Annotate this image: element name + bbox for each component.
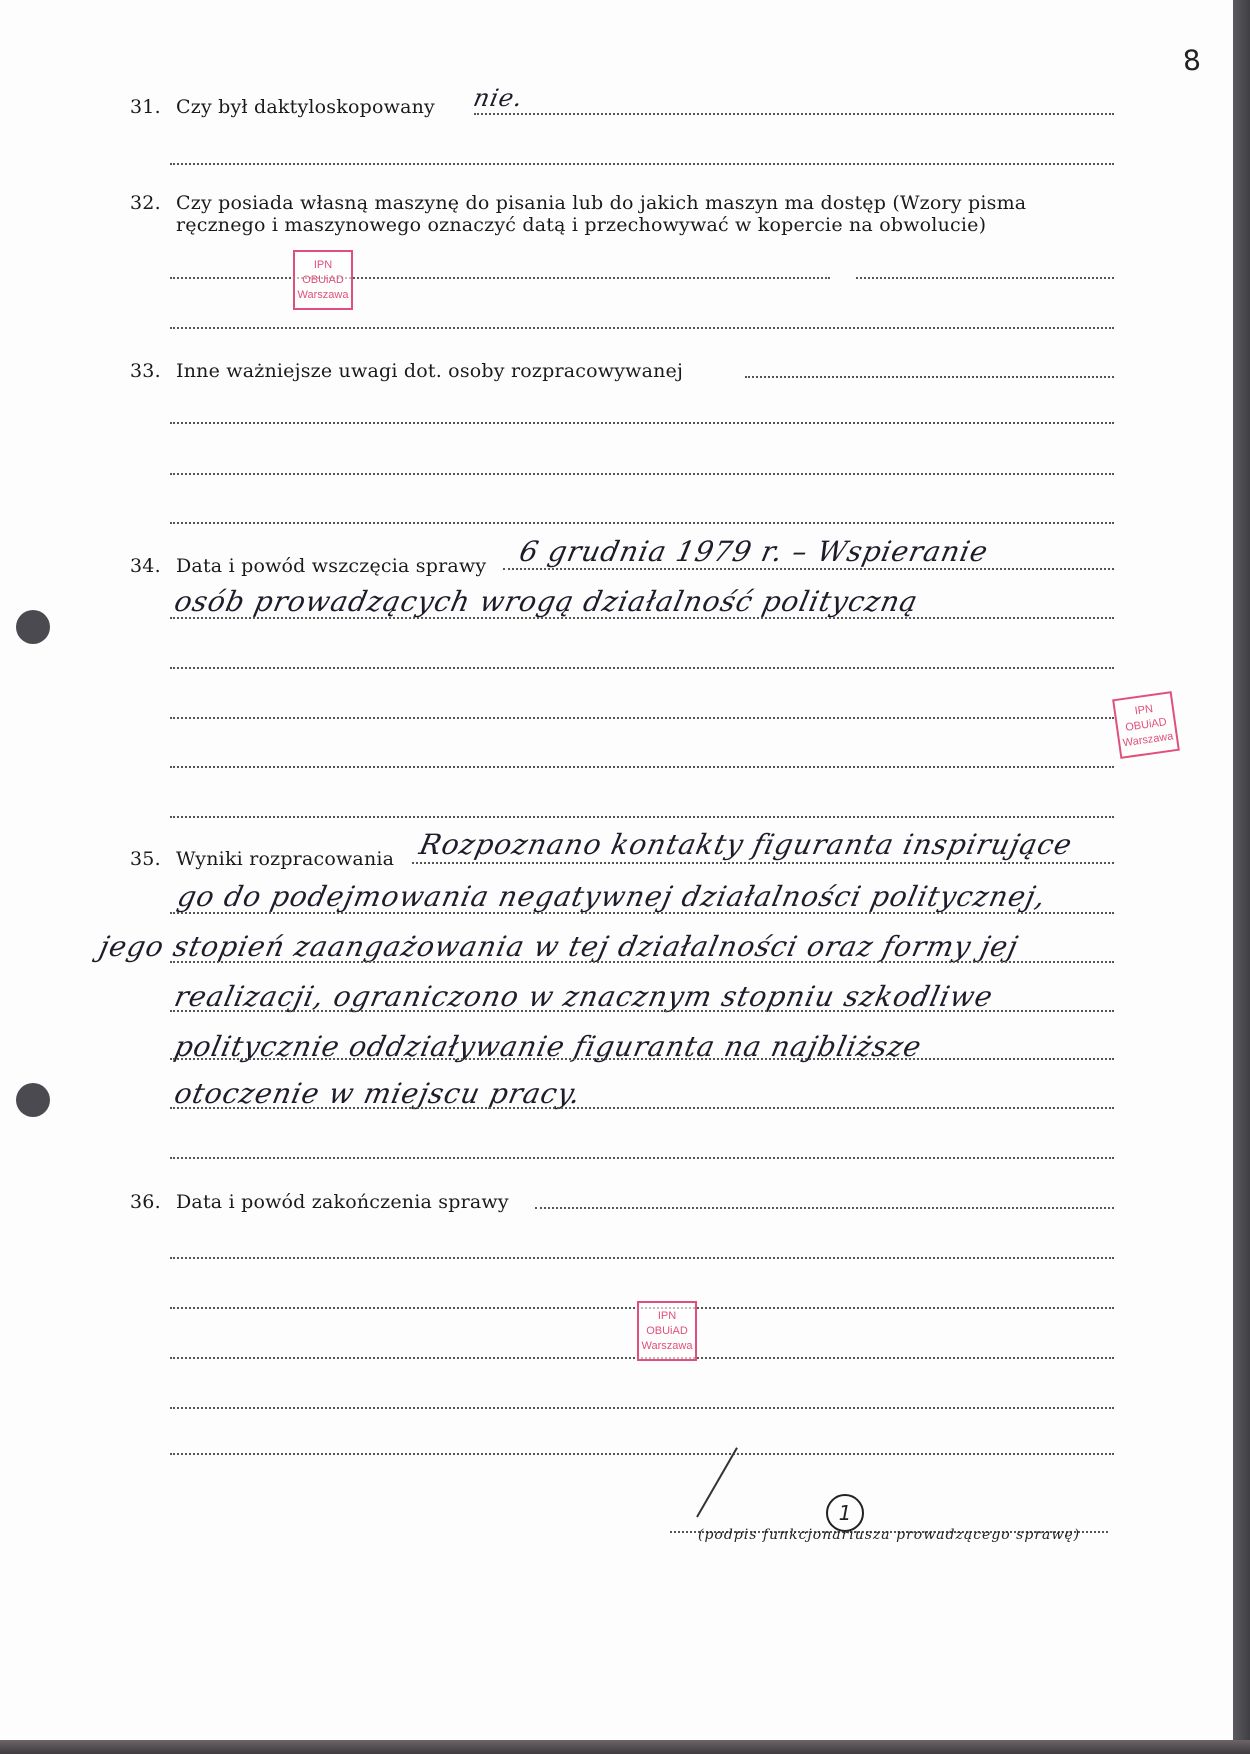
section-33-label: 33.Inne ważniejsze uwagi dot. osoby rozp… bbox=[130, 360, 683, 382]
answer-line bbox=[745, 376, 1114, 378]
answer-line bbox=[170, 961, 1114, 963]
answer-line bbox=[170, 1157, 1114, 1159]
answer-line bbox=[170, 717, 1114, 719]
answer-line bbox=[170, 1010, 1114, 1012]
pen-stroke bbox=[696, 1447, 738, 1517]
answer-line bbox=[170, 667, 1114, 669]
answer-line bbox=[412, 862, 1114, 864]
answer-line bbox=[535, 1207, 1114, 1209]
scan-edge bbox=[0, 1740, 1250, 1754]
answer-line bbox=[170, 422, 1114, 424]
section-34-label: 34.Data i powód wszczęcia sprawy bbox=[130, 555, 486, 577]
section-35-answer-line-2: go do podejmowania negatywnej działalnoś… bbox=[174, 880, 1049, 913]
answer-line bbox=[170, 473, 1114, 475]
punch-hole bbox=[16, 1083, 50, 1117]
page-number: 8 bbox=[1182, 43, 1202, 77]
answer-line bbox=[856, 277, 1114, 279]
answer-line bbox=[170, 1257, 1114, 1259]
ipn-stamp: IPN OBUiAD Warszawa bbox=[1112, 691, 1180, 759]
section-36-label: 36.Data i powód zakończenia sprawy bbox=[130, 1191, 509, 1213]
section-32-label: 32.Czy posiada własną maszynę do pisania… bbox=[130, 192, 1026, 214]
answer-line bbox=[170, 163, 1114, 165]
answer-line bbox=[170, 1407, 1114, 1409]
section-35-answer-line-3: jego stopień zaangażowania w tej działal… bbox=[96, 930, 1021, 963]
answer-line bbox=[503, 568, 1114, 570]
punch-hole bbox=[16, 610, 50, 644]
answer-line bbox=[170, 1107, 1114, 1109]
section-35-answer-line-6: otoczenie w miejscu pracy. bbox=[171, 1077, 584, 1110]
answer-line bbox=[170, 816, 1114, 818]
section-34-answer-line-1: 6 grudnia 1979 r. – Wspieranie bbox=[516, 535, 991, 568]
section-35-label: 35.Wyniki rozpracowania bbox=[130, 848, 394, 870]
section-31-label: 31.Czy był daktyloskopowany bbox=[130, 96, 435, 118]
scan-edge bbox=[1233, 0, 1250, 1754]
answer-line bbox=[170, 1453, 1114, 1455]
answer-line bbox=[170, 912, 1114, 914]
answer-line bbox=[170, 1058, 1114, 1060]
answer-line bbox=[170, 277, 830, 279]
document-page: 8 31.Czy był daktyloskopowany nie. 32.Cz… bbox=[0, 0, 1233, 1740]
answer-line bbox=[170, 327, 1114, 329]
section-34-answer-line-2: osób prowadzących wrogą działalność poli… bbox=[171, 585, 921, 618]
answer-line bbox=[170, 617, 1114, 619]
answer-line bbox=[170, 522, 1114, 524]
answer-line bbox=[170, 766, 1114, 768]
section-31-answer: nie. bbox=[471, 84, 526, 112]
ipn-stamp: IPN OBUiAD Warszawa bbox=[637, 1301, 697, 1361]
ipn-stamp: IPN OBUiAD Warszawa bbox=[293, 250, 353, 310]
section-32-label-cont: ręcznego i maszynowego oznaczyć datą i p… bbox=[176, 214, 986, 236]
answer-line bbox=[474, 113, 1114, 115]
signature-caption: (podpis funkcjonariusza prowadzącego spr… bbox=[698, 1527, 1080, 1543]
section-35-answer-line-4: realizacji, ograniczono w znacznym stopn… bbox=[171, 980, 996, 1013]
section-35-answer-line-1: Rozpoznano kontakty figuranta inspirując… bbox=[416, 828, 1075, 861]
